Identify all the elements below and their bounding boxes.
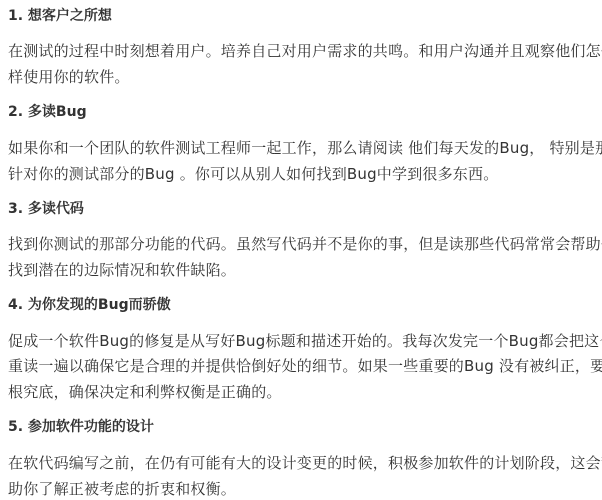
section-5-line-1: 在软代码编写之前，在仍有可能有大的设计变更的时候，积极参加软件的计划阶段，这会帮 [8, 453, 602, 473]
section-2-line-2: 针对你的测试部分的Bug 。你可以从别人如何找到Bug中学到很多东西。 [8, 164, 498, 184]
section-heading-3: 3. 多读代码 [8, 199, 84, 219]
section-4-line-3: 根究底，确保决定和利弊权衡是正确的。 [8, 382, 282, 402]
section-2-line-1: 如果你和一个团队的软件测试工程师一起工作，那么请阅读 他们每天发的Bug， 特别… [8, 138, 602, 158]
section-1-line-1: 在测试的过程中时刻想着用户。培养自己对用户需求的共鸣。和用户沟通并且观察他们怎们 [8, 41, 602, 61]
section-heading-4: 4. 为你发现的Bug而骄傲 [8, 295, 171, 315]
section-heading-2: 2. 多读Bug [8, 102, 87, 122]
document: 1. 想客户之所想 在测试的过程中时刻想着用户。培养自己对用户需求的共鸣。和用户… [0, 0, 602, 500]
section-1-line-2: 样使用你的软件。 [8, 67, 130, 87]
section-heading-1: 1. 想客户之所想 [8, 6, 112, 26]
section-4-line-1: 促成一个软件Bug的修复是从写好Bug标题和描述开始的。我每次发完一个Bug都会… [8, 331, 602, 351]
section-5-line-2: 助你了解正被考虑的折衷和权衡。 [8, 479, 236, 499]
section-3-line-2: 找到潜在的边际情况和软件缺陷。 [8, 260, 236, 280]
section-4-line-2: 重读一遍以确保它是合理的并提供恰倒好处的细节。如果一些重要的Bug 没有被纠正，… [8, 356, 602, 376]
section-3-line-1: 找到你测试的那部分功能的代码。虽然写代码并不是你的事，但是读那些代码常常会帮助你 [8, 234, 602, 254]
section-heading-5: 5. 参加软件功能的设计 [8, 417, 154, 437]
